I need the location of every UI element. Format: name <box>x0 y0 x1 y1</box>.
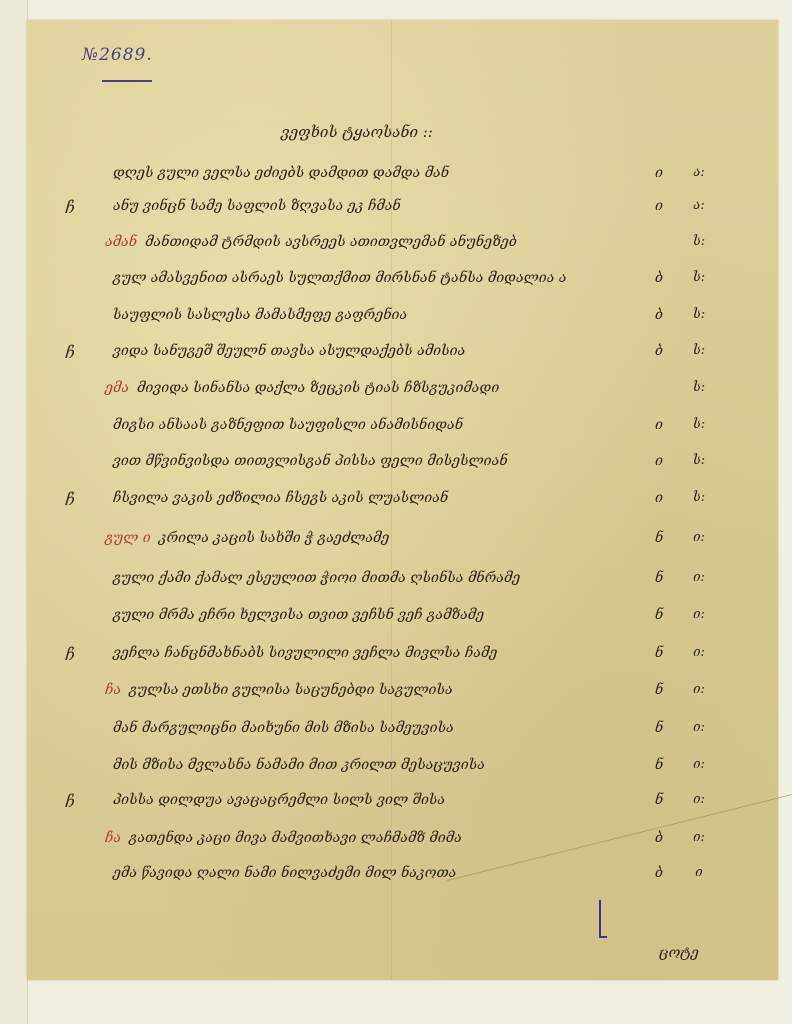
text-line: გულ ამასვენით ასრაეს სულთქმით მირსნან ტა… <box>27 270 778 294</box>
rhyme-mark: ბ <box>647 865 671 881</box>
line-text: ემა წავიდა ღალი ნამი ნილვაძემი მილ ნაკოთ… <box>105 865 456 881</box>
margin-mark: ჩ <box>61 490 79 509</box>
stanza-mark: ა: <box>687 165 711 180</box>
rubric: ჩა <box>105 682 121 698</box>
stanza-mark: ი <box>687 865 711 880</box>
line-body: ემა წავიდა ღალი ნამი ნილვაძემი მილ ნაკოთ… <box>113 865 456 881</box>
text-line: ვით მწვინვისდა თითვლისგან პისსა ფელი მის… <box>27 453 778 477</box>
rhyme-mark: ბ <box>647 307 671 323</box>
line-body: ვეჩლა ჩანცნმახნაბს სივულილი ვეჩლა მივლსა… <box>113 645 497 661</box>
stanza-mark: ს: <box>687 307 711 322</box>
text-line: ჩვეჩლა ჩანცნმახნაბს სივულილი ვეჩლა მივლს… <box>27 645 778 669</box>
line-text: ვიდა სანუგეშ შეულნ თავსა ასულდაქებს ამის… <box>105 343 465 359</box>
text-line: მის მზისა მვლასნა ნამამი მით კრილთ მესაც… <box>27 757 778 781</box>
rubric: გულ ი <box>105 530 151 546</box>
line-body: ანუ ვინცნ სამე საფლის ზღვასა ეკ ჩმან <box>113 198 401 214</box>
text-line: ჩანუ ვინცნ სამე საფლის ზღვასა ეკ ჩმანია: <box>27 198 778 222</box>
line-body: პისსა დილდუა ავაცაცრემლი სილს ვილ შისა <box>113 792 445 808</box>
rhyme-mark: ი <box>647 453 671 469</box>
line-body: ვიდა სანუგეშ შეულნ თავსა ასულდაქებს ამის… <box>113 343 465 359</box>
line-body: გულსა ეთსხი გულისა საცუნებდი საგულისა <box>129 682 453 698</box>
text-line: გული მრმა ეჩრი ხელვისა თვით ვეჩსნ ვეჩ გა… <box>27 607 778 631</box>
pencil-mark <box>599 900 601 938</box>
line-text: გული მრმა ეჩრი ხელვისა თვით ვეჩსნ ვეჩ გა… <box>105 607 484 623</box>
rhyme-mark: ბ <box>647 830 671 846</box>
stanza-mark: ი: <box>687 792 711 807</box>
rhyme-mark: ნ <box>647 720 671 736</box>
line-text: გული ქამი ქამალ ესეულით ჭიოი მითმა ღსინს… <box>105 570 520 586</box>
stanza-mark: ს: <box>687 343 711 358</box>
line-body: გულ ამასვენით ასრაეს სულთქმით მირსნან ტა… <box>113 270 567 286</box>
rhyme-mark: ნ <box>647 645 671 661</box>
text-line: მან მარგულიცნი მაიხუნი მის მზისა სამეუვი… <box>27 720 778 744</box>
stanza-mark: ს: <box>687 490 711 505</box>
line-text: გულ ამასვენით ასრაეს სულთქმით მირსნან ტა… <box>105 270 567 286</box>
line-text: ჩაგათენდა კაცი მივა მამვითხავი ლაჩმამზ მ… <box>105 830 462 846</box>
margin-mark: ჩ <box>61 645 79 664</box>
stanza-mark: ი: <box>687 607 711 622</box>
shelfmark: №2689. <box>82 45 153 65</box>
line-text: ვეჩლა ჩანცნმახნაბს სივულილი ვეჩლა მივლსა… <box>105 645 497 661</box>
margin-mark: ჩ <box>61 792 79 811</box>
rhyme-mark: ი <box>647 490 671 506</box>
text-line: დღეს გული ველსა ეძიებს დამდით დამდა მანი… <box>27 165 778 189</box>
margin-mark: ჩ <box>61 198 79 217</box>
page-title: ვეფხის ტყაოსანი :: <box>247 123 467 141</box>
rhyme-mark: ნ <box>647 530 671 546</box>
text-line: ემამივიდა სინანსა დაქლა ზეცკის ტიას ჩზსგ… <box>27 380 778 404</box>
margin-mark: ჩ <box>61 343 79 362</box>
line-body: გათენდა კაცი მივა მამვითხავი ლაჩმამზ მიმ… <box>129 830 462 846</box>
rubric: ამან <box>105 234 137 250</box>
line-body: მივიდა სინანსა დაქლა ზეცკის ტიას ჩზსგუკი… <box>137 380 499 396</box>
line-text: საუფლის სასლესა მამასმეფე გაფრენია <box>105 307 407 323</box>
line-text: ამანმანთიდამ ტრმდის ავსრეეს ათითვლემან ა… <box>105 234 517 250</box>
line-body: საუფლის სასლესა მამასმეფე გაფრენია <box>113 307 407 323</box>
line-body: მანთიდამ ტრმდის ავსრეეს ათითვლემან ანუნე… <box>145 234 517 250</box>
stanza-mark: ი: <box>687 682 711 697</box>
line-text: მის მზისა მვლასნა ნამამი მით კრილთ მესაც… <box>105 757 485 773</box>
rhyme-mark: ი <box>647 198 671 214</box>
line-body: გული მრმა ეჩრი ხელვისა თვით ვეჩსნ ვეჩ გა… <box>113 607 484 623</box>
text-line: ჩჩსვილა ვაკის ეძზილია ჩსეგს აკის ლუასლია… <box>27 490 778 514</box>
stanza-mark: ი: <box>687 570 711 585</box>
line-text: ჩაგულსა ეთსხი გულისა საცუნებდი საგულისა <box>105 682 453 698</box>
line-text: მიგსი ანსაას გაზნეფით საუფისლი ანამისნიდ… <box>105 417 463 433</box>
stanza-mark: ს: <box>687 417 711 432</box>
stanza-mark: ს: <box>687 234 711 249</box>
rhyme-mark: ნ <box>647 792 671 808</box>
line-text: მან მარგულიცნი მაიხუნი მის მზისა სამეუვი… <box>105 720 454 736</box>
shelfmark-underline <box>102 80 152 82</box>
text-line: ჩპისსა დილდუა ავაცაცრემლი სილს ვილ შისან… <box>27 792 778 816</box>
stanza-mark: ი: <box>687 645 711 660</box>
stanza-mark: ა: <box>687 198 711 213</box>
line-text: პისსა დილდუა ავაცაცრემლი სილს ვილ შისა <box>105 792 445 808</box>
line-body: მის მზისა მვლასნა ნამამი მით კრილთ მესაც… <box>113 757 485 773</box>
rhyme-mark: ნ <box>647 682 671 698</box>
rubric: ემა <box>105 380 129 396</box>
line-body: ჩსვილა ვაკის ეძზილია ჩსეგს აკის ლუასლიან <box>113 490 448 506</box>
line-body: კრილა კაცის სახში ჭ გაეძლამე <box>159 530 390 546</box>
stanza-mark: ს: <box>687 453 711 468</box>
catchword: ცოტე <box>659 945 699 961</box>
text-line: გულ იკრილა კაცის სახში ჭ გაეძლამენი: <box>27 530 778 554</box>
rubric: ჩა <box>105 830 121 846</box>
line-text: ემამივიდა სინანსა დაქლა ზეცკის ტიას ჩზსგ… <box>105 380 499 396</box>
text-line: ჩაგათენდა კაცი მივა მამვითხავი ლაჩმამზ მ… <box>27 830 778 854</box>
stanza-mark: ი: <box>687 720 711 735</box>
stanza-mark: ი: <box>687 757 711 772</box>
stanza-mark: ს: <box>687 270 711 285</box>
rhyme-mark: ნ <box>647 570 671 586</box>
line-text: ვით მწვინვისდა თითვლისგან პისსა ფელი მის… <box>105 453 508 469</box>
rhyme-mark: ნ <box>647 757 671 773</box>
stanza-mark: ს: <box>687 380 711 395</box>
text-line: ემა წავიდა ღალი ნამი ნილვაძემი მილ ნაკოთ… <box>27 865 778 889</box>
stanza-mark: ი: <box>687 530 711 545</box>
line-text: დღეს გული ველსა ეძიებს დამდით დამდა მან <box>105 165 449 181</box>
rhyme-mark: ბ <box>647 270 671 286</box>
line-text: გულ იკრილა კაცის სახში ჭ გაეძლამე <box>105 530 389 546</box>
manuscript-page: №2689. ვეფხის ტყაოსანი :: დღეს გული ველს… <box>27 20 778 980</box>
line-body: ვით მწვინვისდა თითვლისგან პისსა ფელი მის… <box>113 453 508 469</box>
line-body: გული ქამი ქამალ ესეულით ჭიოი მითმა ღსინს… <box>113 570 520 586</box>
line-body: დღეს გული ველსა ეძიებს დამდით დამდა მან <box>113 165 449 181</box>
stanza-mark: ი: <box>687 830 711 845</box>
rhyme-mark: ი <box>647 417 671 433</box>
line-text: ჩსვილა ვაკის ეძზილია ჩსეგს აკის ლუასლიან <box>105 490 448 506</box>
text-line: გული ქამი ქამალ ესეულით ჭიოი მითმა ღსინს… <box>27 570 778 594</box>
rhyme-mark: ბ <box>647 343 671 359</box>
text-line: ჩვიდა სანუგეშ შეულნ თავსა ასულდაქებს ამი… <box>27 343 778 367</box>
line-body: მიგსი ანსაას გაზნეფით საუფისლი ანამისნიდ… <box>113 417 463 433</box>
mount-edge <box>0 0 28 1024</box>
rhyme-mark: ი <box>647 165 671 181</box>
text-line: ამანმანთიდამ ტრმდის ავსრეეს ათითვლემან ა… <box>27 234 778 258</box>
text-line: საუფლის სასლესა მამასმეფე გაფრენიაბს: <box>27 307 778 331</box>
line-body: მან მარგულიცნი მაიხუნი მის მზისა სამეუვი… <box>113 720 454 736</box>
line-text: ანუ ვინცნ სამე საფლის ზღვასა ეკ ჩმან <box>105 198 401 214</box>
rhyme-mark: ნ <box>647 607 671 623</box>
text-line: ჩაგულსა ეთსხი გულისა საცუნებდი საგულისან… <box>27 682 778 706</box>
text-line: მიგსი ანსაას გაზნეფით საუფისლი ანამისნიდ… <box>27 417 778 441</box>
